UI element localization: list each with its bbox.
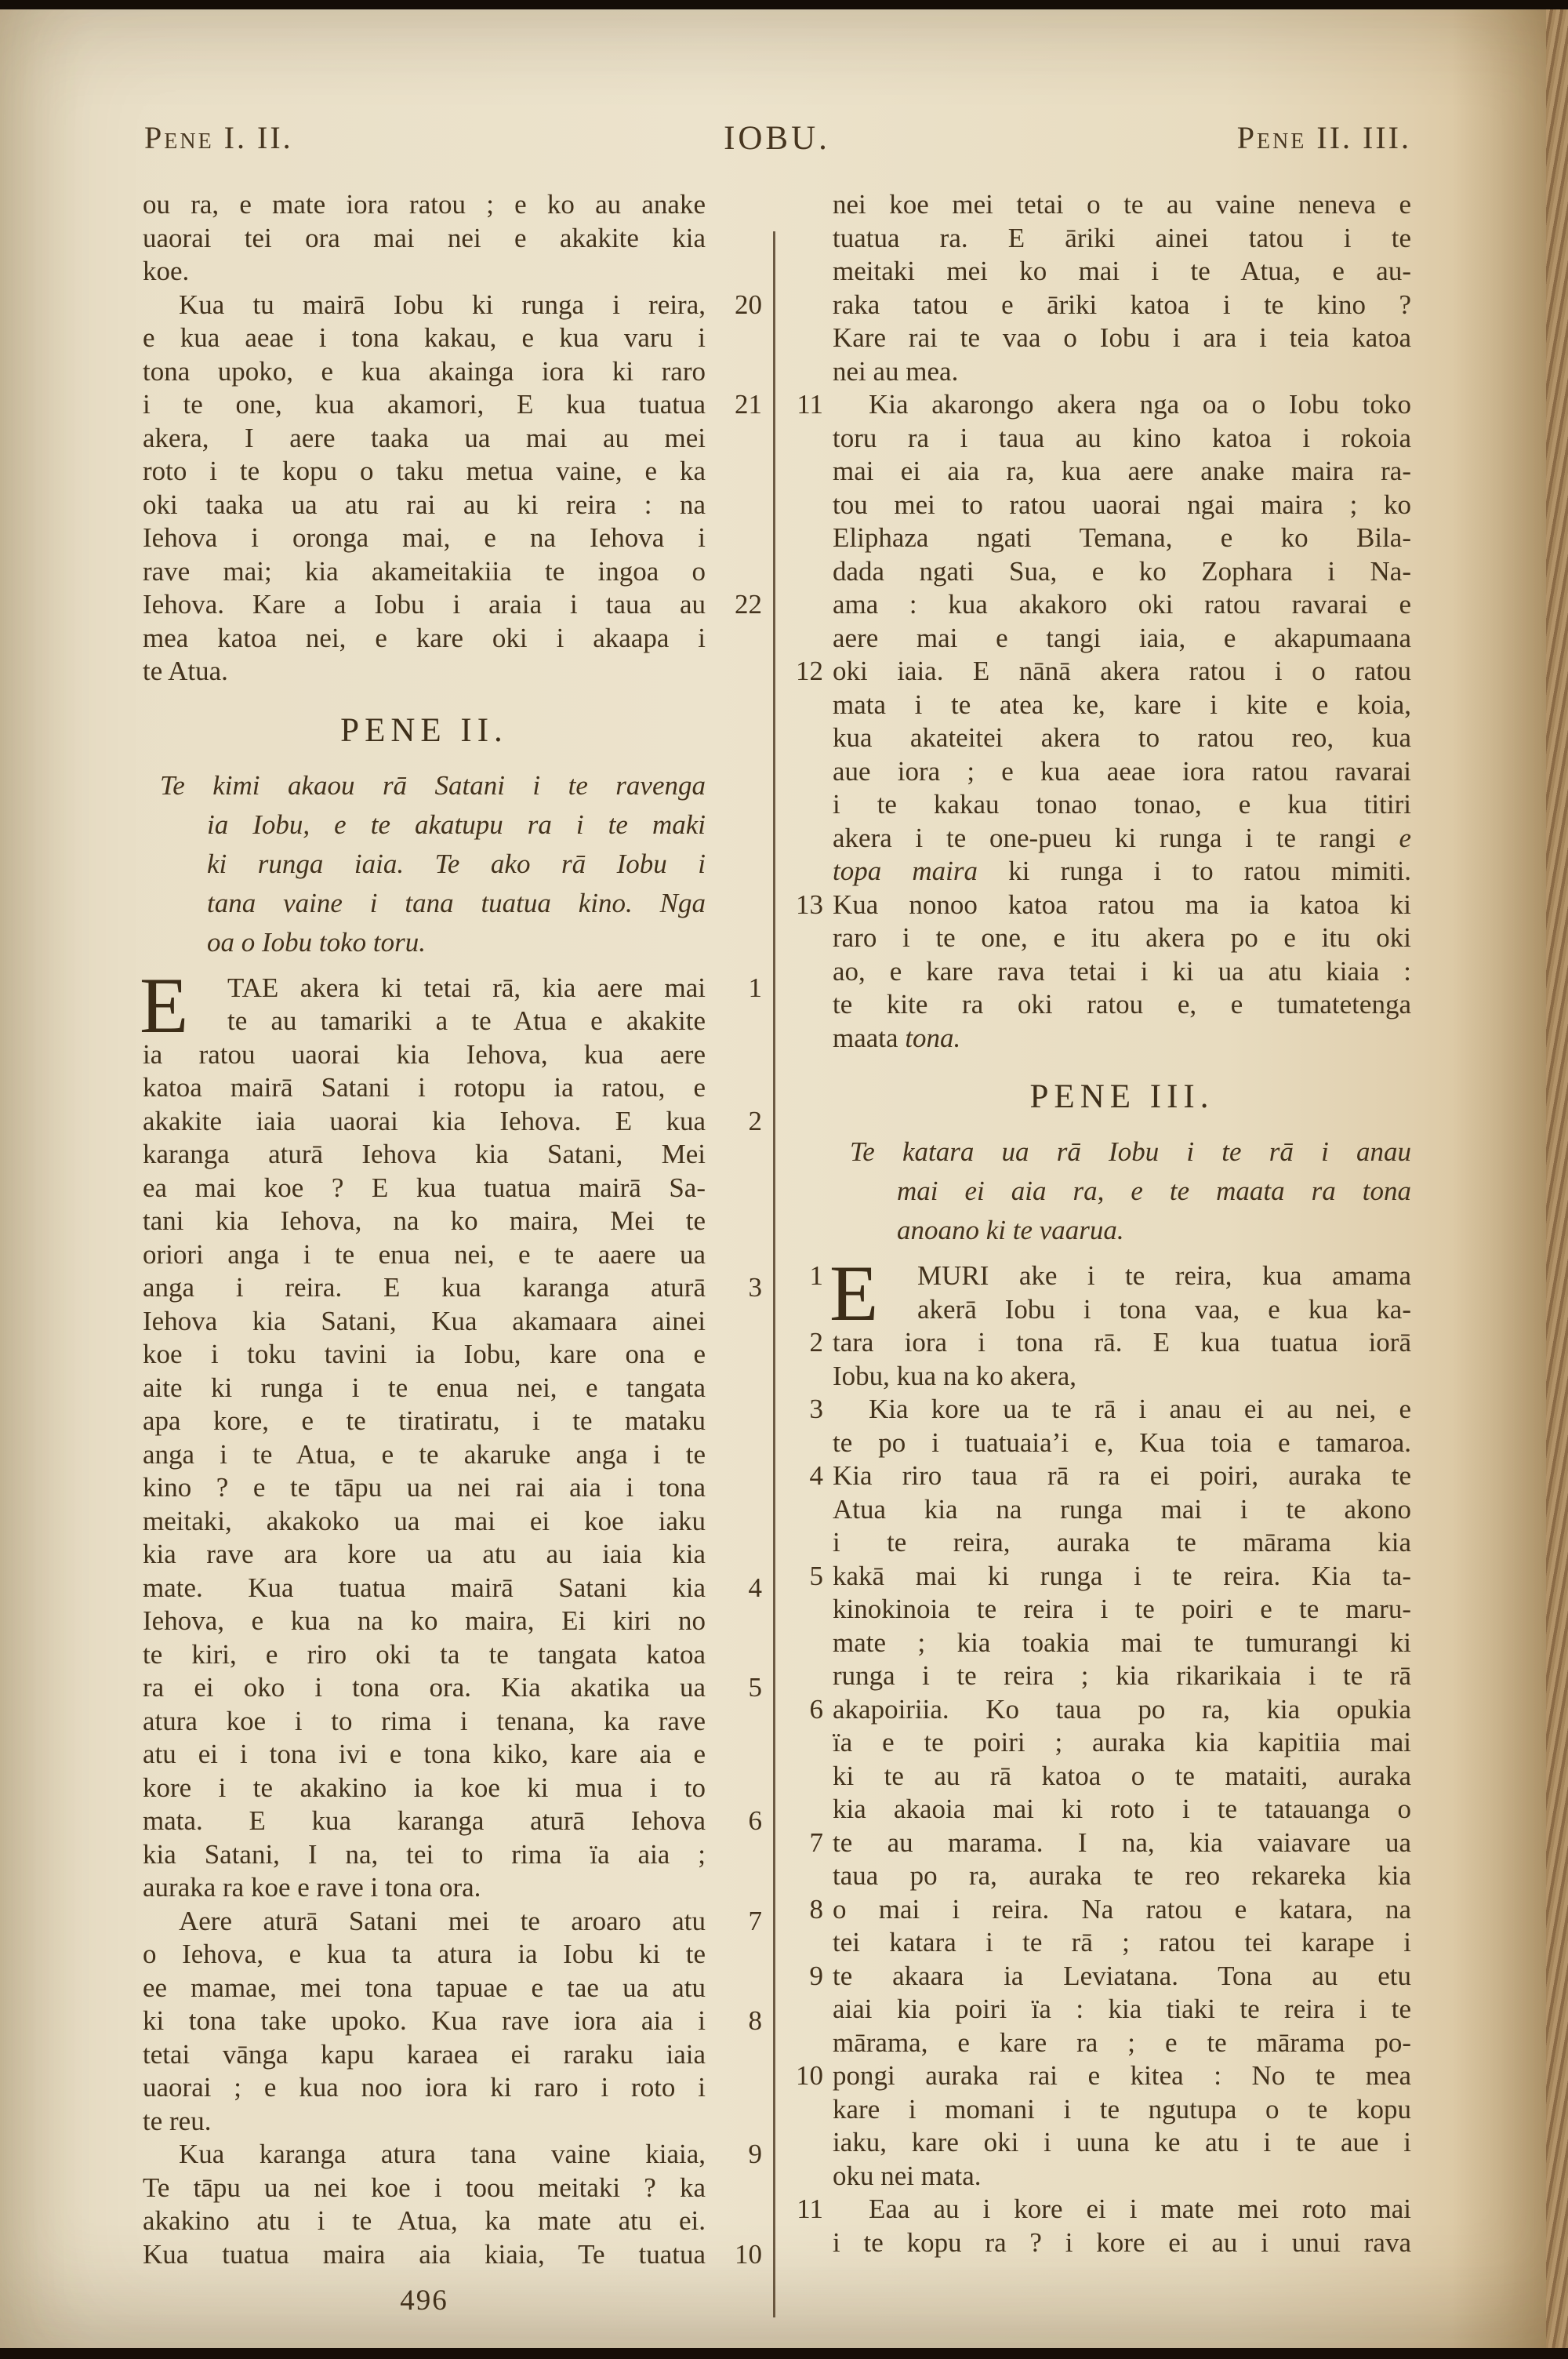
verse-text: koe. bbox=[143, 255, 706, 289]
verse-line: mai ei aia ra, kua aere anake maira ra- bbox=[833, 455, 1411, 489]
text-segment: ki runga i to ratou mimiti. bbox=[978, 856, 1411, 886]
verse-line: te po i tuatuaia’i e, Kua toia e tamaroa… bbox=[833, 1427, 1411, 1460]
verse-number: 20 bbox=[717, 289, 762, 322]
verse-line: roto i te kopu o taku metua vaine, e ka bbox=[143, 455, 706, 489]
verse-line: tou mei to ratou uaorai ngai maira ; ko bbox=[833, 489, 1411, 522]
verse-number: 11 bbox=[784, 388, 823, 422]
verse-text: akera, I aere taaka ua mai au mei bbox=[143, 422, 706, 456]
page-curve-shadow bbox=[1452, 9, 1546, 2348]
verse-line: oriori anga i te enua nei, e te aaere ua bbox=[143, 1238, 706, 1272]
verse-line: Iehova kia Satani, Kua akamaara ainei bbox=[143, 1305, 706, 1339]
verse-line: 9Kua karanga atura tana vaine kiaia, bbox=[143, 2138, 706, 2172]
verse-line: meitaki mei ko mai i te Atua, e au- bbox=[833, 255, 1411, 289]
verse-text: ou ra, e mate iora ratou ; e ko au anake bbox=[143, 188, 706, 222]
verse-text: atura koe i to rima i tenana, ka rave bbox=[143, 1705, 706, 1739]
paragraph: E1MURI ake i te reira, kua amamaakerā Io… bbox=[833, 1259, 1411, 1393]
verse-line: akerā Iobu i tona vaa, e kua ka- bbox=[833, 1293, 1411, 1327]
verse-text: mata. E kua karanga aturā Iehova bbox=[143, 1805, 706, 1838]
verse-text: ki tona take upoko. Kua rave iora aia i bbox=[143, 2005, 706, 2038]
verse-line: kia akaoia mai ki roto i te tatauanga o bbox=[833, 1793, 1411, 1826]
summary-text: anoano ki te vaarua. bbox=[897, 1211, 1411, 1250]
verse-text: ama : kua akakoro oki ratou ravarai e bbox=[833, 588, 1411, 622]
verse-text: uaorai ; e kua noo iora ki raro i roto i bbox=[143, 2071, 706, 2105]
verse-text: dada ngati Sua, e ko Zophara i Na- bbox=[833, 555, 1411, 589]
verse-text: Kua nonoo katoa ratou ma ia katoa ki bbox=[833, 889, 1411, 922]
verse-number: 9 bbox=[784, 1960, 823, 1994]
verse-line: aite ki runga i te enua nei, e tangata bbox=[143, 1372, 706, 1405]
verse-line: kia Satani, I na, tei to rima ïa aia ; bbox=[143, 1838, 706, 1872]
verse-text: te kite ra oki ratou e, e tumatetenga bbox=[833, 988, 1411, 1022]
verse-text: mea katoa nei, e kare oki i akaapa i bbox=[143, 622, 706, 656]
verse-text: Eaa au i kore ei i mate mei roto mai bbox=[833, 2193, 1411, 2226]
verse-line: mārama, e kare ra ; e te mārama po- bbox=[833, 2026, 1411, 2060]
verse-text: tani kia Iehova, na ko maira, Mei te bbox=[143, 1205, 706, 1238]
verse-line: oku nei mata. bbox=[833, 2160, 1411, 2194]
verse-text: ia ratou uaorai kia Iehova, kua aere bbox=[143, 1038, 706, 1072]
verse-line: 8ki tona take upoko. Kua rave iora aia i bbox=[143, 2005, 706, 2038]
verse-line: tani kia Iehova, na ko maira, Mei te bbox=[143, 1205, 706, 1238]
verse-line: 8o mai i reira. Na ratou e katara, na bbox=[833, 1893, 1411, 1927]
verse-text: roto i te kopu o taku metua vaine, e ka bbox=[143, 455, 706, 489]
verse-text: oki taaka ua atu rai au ki reira : na bbox=[143, 489, 706, 522]
verse-text: i te kakau tonao tonao, e kua titiri bbox=[833, 788, 1411, 822]
verse-text: auraka ra koe e rave i tona ora. bbox=[143, 1871, 706, 1905]
verse-text: kore i te akakino ia koe ki mua i to bbox=[143, 1772, 706, 1805]
verse-text: Kua tuatua maira aia kiaia, Te tuatua bbox=[143, 2238, 706, 2272]
verse-line: 22Iehova. Kare a Iobu i araia i taua au bbox=[143, 588, 706, 622]
summary-text: ki runga iaia. Te ako rā Iobu i bbox=[207, 845, 706, 884]
verse-text: akapoiriia. Ko taua po ra, kia opukia bbox=[833, 1693, 1411, 1727]
verse-line: 1MURI ake i te reira, kua amama bbox=[833, 1259, 1411, 1293]
verse-line: te reu. bbox=[143, 2105, 706, 2139]
verse-line: koe i toku tavini ia Iobu, kare ona e bbox=[143, 1338, 706, 1372]
verse-line: 3Kia kore ua te rā i anau ei au nei, e bbox=[833, 1393, 1411, 1427]
verse-text: apa kore, e te tiratiratu, i te mataku bbox=[143, 1405, 706, 1438]
verse-text: pongi auraka rai e kitea : No te mea bbox=[833, 2059, 1411, 2093]
verse-text: runga i te reira ; kia rikarikaia i te r… bbox=[833, 1659, 1411, 1693]
verse-line: raro i te one, e itu akera po e itu oki bbox=[833, 921, 1411, 955]
verse-line: runga i te reira ; kia rikarikaia i te r… bbox=[833, 1659, 1411, 1693]
italic-text-segment: e bbox=[1399, 823, 1411, 853]
verse-text: tou mei to ratou uaorai ngai maira ; ko bbox=[833, 489, 1411, 522]
verse-line: Te tāpu ua nei koe i toou meitaki ? ka bbox=[143, 2172, 706, 2205]
paragraph: nei koe mei tetai o te au vaine neneva e… bbox=[833, 188, 1411, 388]
verse-text: raka tatou e āriki katoa i te kino ? bbox=[833, 289, 1411, 322]
verse-text: ea mai koe ? E kua tuatua mairā Sa- bbox=[143, 1172, 706, 1205]
verse-line: 11Eaa au i kore ei i mate mei roto mai bbox=[833, 2193, 1411, 2226]
verse-line: toru ra i taua au kino katoa i rokoia bbox=[833, 422, 1411, 456]
running-head-right: Pene II. III. bbox=[143, 119, 1411, 156]
verse-text: TAE akera ki tetai rā, kia aere mai bbox=[143, 972, 706, 1005]
verse-number: 8 bbox=[717, 2005, 762, 2038]
verse-number: 1 bbox=[717, 972, 762, 1005]
verse-line: aue iora ; e kua aeae iora ratou ravarai bbox=[833, 755, 1411, 789]
text-segment: maata bbox=[833, 1023, 905, 1053]
verse-line: katoa mairā Satani i rotopu ia ratou, e bbox=[143, 1071, 706, 1105]
verse-line: tei katara i te rā ; ratou tei karape i bbox=[833, 1926, 1411, 1960]
verse-line: tetai vānga kapu karaea ei raraku iaia bbox=[143, 2038, 706, 2072]
verse-text: Iehova. Kare a Iobu i araia i taua au bbox=[143, 588, 706, 622]
verse-line: 1TAE akera ki tetai rā, kia aere mai bbox=[143, 972, 706, 1005]
verse-line: 6mata. E kua karanga aturā Iehova bbox=[143, 1805, 706, 1838]
verse-line: kua akateitei akera to ratou reo, kua bbox=[833, 722, 1411, 755]
verse-line: ïa e te poiri ; auraka kia kapitiia mai bbox=[833, 1726, 1411, 1760]
verse-text: aue iora ; e kua aeae iora ratou ravarai bbox=[833, 755, 1411, 789]
verse-line: meitaki, akakoko ua mai ei koe iaku bbox=[143, 1505, 706, 1539]
verse-line: mata i te atea ke, kare i kite e koia, bbox=[833, 689, 1411, 722]
verse-text: anga i reira. E kua karanga aturā bbox=[143, 1271, 706, 1305]
summary-line: Te kimi akaou rā Satani i te ravenga bbox=[143, 766, 706, 805]
verse-text: kua akateitei akera to ratou reo, kua bbox=[833, 722, 1411, 755]
chapter-heading: PENE III. bbox=[833, 1080, 1411, 1114]
verse-text: tuatua ra. E āriki ainei tatou i te bbox=[833, 222, 1411, 256]
verse-line: Kare rai te vaa o Iobu i ara i teia kato… bbox=[833, 322, 1411, 355]
verse-line: dada ngati Sua, e ko Zophara i Na- bbox=[833, 555, 1411, 589]
verse-text: kino ? e te tāpu ua nei rai aia i tona bbox=[143, 1471, 706, 1505]
verse-line: i te kakau tonao tonao, e kua titiri bbox=[833, 788, 1411, 822]
verse-line: rave mai; kia akameitakiia te ingoa o bbox=[143, 555, 706, 589]
verse-text: ïa e te poiri ; auraka kia kapitiia mai bbox=[833, 1726, 1411, 1760]
verse-text: Te tāpu ua nei koe i toou meitaki ? ka bbox=[143, 2172, 706, 2205]
verse-text: nei koe mei tetai o te au vaine neneva e bbox=[833, 188, 1411, 222]
text-column-right: nei koe mei tetai o te au vaine neneva e… bbox=[833, 188, 1411, 2259]
verse-line: ia ratou uaorai kia Iehova, kua aere bbox=[143, 1038, 706, 1072]
verse-line: te kite ra oki ratou e, e tumatetenga bbox=[833, 988, 1411, 1022]
verse-text: te reu. bbox=[143, 2105, 706, 2139]
verse-text: oki iaia. E nānā akera ratou i o ratou bbox=[833, 655, 1411, 689]
paragraph: 11Eaa au i kore ei i mate mei roto maii … bbox=[833, 2193, 1411, 2259]
verse-text: kia Satani, I na, tei to rima ïa aia ; bbox=[143, 1838, 706, 1872]
verse-line: 6akapoiriia. Ko taua po ra, kia opukia bbox=[833, 1693, 1411, 1727]
verse-line: tuatua ra. E āriki ainei tatou i te bbox=[833, 222, 1411, 256]
chapter-summary: Te kimi akaou rā Satani i te ravengaia I… bbox=[143, 766, 706, 962]
verse-text: mate ; kia toakia mai te tumurangi ki bbox=[833, 1627, 1411, 1660]
verse-line: 9te akaara ia Leviatana. Tona au etu bbox=[833, 1960, 1411, 1994]
verse-number: 7 bbox=[784, 1826, 823, 1860]
verse-line: 2akakite iaia uaorai kia Iehova. E kua bbox=[143, 1105, 706, 1139]
paragraph: 20Kua tu mairā Iobu ki runga i reira,e k… bbox=[143, 289, 706, 689]
verse-line: 10Kua tuatua maira aia kiaia, Te tuatua bbox=[143, 2238, 706, 2272]
verse-line: kinokinoia te reira i te poiri e te maru… bbox=[833, 1593, 1411, 1627]
verse-text: anga i te Atua, e te akaruke anga i te bbox=[143, 1438, 706, 1472]
summary-line: Te katara ua rā Iobu i te rā i anau bbox=[833, 1132, 1411, 1172]
verse-text: i te one, kua akamori, E kua tuatua bbox=[143, 388, 706, 422]
verse-text: aiai kia poiri ïa : kia tiaki te reira i… bbox=[833, 1993, 1411, 2026]
verse-text: i te reira, auraka te mārama kia bbox=[833, 1526, 1411, 1560]
summary-line: anoano ki te vaarua. bbox=[833, 1211, 1411, 1250]
verse-line: 11Kia akarongo akera nga oa o Iobu toko bbox=[833, 388, 1411, 422]
summary-line: ki runga iaia. Te ako rā Iobu i bbox=[143, 845, 706, 884]
verse-line: kino ? e te tāpu ua nei rai aia i tona bbox=[143, 1471, 706, 1505]
paragraph: 7Aere aturā Satani mei te aroaro atuo Ie… bbox=[143, 1905, 706, 2139]
verse-line: 10pongi auraka rai e kitea : No te mea bbox=[833, 2059, 1411, 2093]
verse-text: Iobu, kua na ko akera, bbox=[833, 1360, 1411, 1394]
summary-line: tana vaine i tana tuatua kino. Nga bbox=[143, 884, 706, 923]
verse-text: MURI ake i te reira, kua amama bbox=[833, 1259, 1411, 1293]
verse-text: mārama, e kare ra ; e te mārama po- bbox=[833, 2026, 1411, 2060]
verse-text: o Iehova, e kua ta atura ia Iobu ki te bbox=[143, 1938, 706, 1972]
verse-text: aere mai e tangi iaia, e akapumaana bbox=[833, 622, 1411, 656]
text-column-left: ou ra, e mate iora ratou ; e ko au anake… bbox=[143, 188, 706, 2317]
verse-number: 8 bbox=[784, 1893, 823, 1927]
verse-text: Kia riro taua rā ra ei poiri, auraka te bbox=[833, 1459, 1411, 1493]
verse-line: apa kore, e te tiratiratu, i te mataku bbox=[143, 1405, 706, 1438]
verse-line: e kua aeae i tona kakau, e kua varu i bbox=[143, 322, 706, 355]
verse-line: i te reira, auraka te mārama kia bbox=[833, 1526, 1411, 1560]
page-number: 496 bbox=[143, 2284, 706, 2317]
verse-text: topa maira ki runga i to ratou mimiti. bbox=[833, 855, 1411, 889]
verse-text: e kua aeae i tona kakau, e kua varu i bbox=[143, 322, 706, 355]
summary-text: Te kimi akaou rā Satani i te ravenga bbox=[160, 766, 706, 805]
verse-text: maata tona. bbox=[833, 1022, 1411, 1056]
verse-line: nei koe mei tetai o te au vaine neneva e bbox=[833, 188, 1411, 222]
verse-text: Iehova i oronga mai, e na Iehova i bbox=[143, 522, 706, 555]
verse-text: te akaara ia Leviatana. Tona au etu bbox=[833, 1960, 1411, 1994]
verse-line: mate ; kia toakia mai te tumurangi ki bbox=[833, 1627, 1411, 1660]
verse-line: o Iehova, e kua ta atura ia Iobu ki te bbox=[143, 1938, 706, 1972]
verse-text: ki te au rā katoa o te mataiti, auraka bbox=[833, 1760, 1411, 1794]
verse-text: akakite iaia uaorai kia Iehova. E kua bbox=[143, 1105, 706, 1139]
verse-number: 5 bbox=[717, 1671, 762, 1705]
verse-text: te au marama. I na, kia vaiavare ua bbox=[833, 1826, 1411, 1860]
verse-text: Aere aturā Satani mei te aroaro atu bbox=[143, 1905, 706, 1939]
verse-text: raro i te one, e itu akera po e itu oki bbox=[833, 921, 1411, 955]
italic-text-segment: topa maira bbox=[833, 856, 978, 886]
verse-text: ra ei oko i tona ora. Kia akatika ua bbox=[143, 1671, 706, 1705]
verse-line: koe. bbox=[143, 255, 706, 289]
verse-line: te kiri, e riro oki ta te tangata katoa bbox=[143, 1638, 706, 1672]
paragraph: 4Kia riro taua rā ra ei poiri, auraka te… bbox=[833, 1459, 1411, 2193]
verse-line: te au tamariki a te Atua e akakite bbox=[143, 1005, 706, 1038]
verse-line: 7te au marama. I na, kia vaiavare ua bbox=[833, 1826, 1411, 1860]
verse-line: maata tona. bbox=[833, 1022, 1411, 1056]
summary-line: ia Iobu, e te akatupu ra i te maki bbox=[143, 805, 706, 845]
verse-line: ama : kua akakoro oki ratou ravarai e bbox=[833, 588, 1411, 622]
verse-number: 10 bbox=[784, 2059, 823, 2093]
verse-line: karanga aturā Iehova kia Satani, Mei bbox=[143, 1138, 706, 1172]
verse-text: ao, e kare rava tetai i ki ua atu kiaia … bbox=[833, 955, 1411, 989]
paragraph: 3Kia kore ua te rā i anau ei au nei, ete… bbox=[833, 1393, 1411, 1459]
verse-line: 13Kua nonoo katoa ratou ma ia katoa ki bbox=[833, 889, 1411, 922]
verse-line: 4mate. Kua tuatua mairā Satani kia bbox=[143, 1572, 706, 1605]
verse-line: oki taaka ua atu rai au ki reira : na bbox=[143, 489, 706, 522]
text-segment: akera i te one-pueu ki runga i te rangi bbox=[833, 823, 1399, 853]
verse-line: kia rave ara kore ua atu au iaia kia bbox=[143, 1538, 706, 1572]
verse-line: 7Aere aturā Satani mei te aroaro atu bbox=[143, 1905, 706, 1939]
verse-text: Kua tu mairā Iobu ki runga i reira, bbox=[143, 289, 706, 322]
verse-text: atu ei i tona ivi e tona kiko, kare aia … bbox=[143, 1738, 706, 1772]
verse-line: te Atua. bbox=[143, 655, 706, 689]
verse-number: 2 bbox=[717, 1105, 762, 1139]
verse-line: raka tatou e āriki katoa i te kino ? bbox=[833, 289, 1411, 322]
verse-text: nei au mea. bbox=[833, 355, 1411, 389]
verse-line: uaorai ; e kua noo iora ki raro i roto i bbox=[143, 2071, 706, 2105]
verse-number: 12 bbox=[784, 655, 823, 689]
verse-text: Eliphaza ngati Temana, e ko Bila- bbox=[833, 522, 1411, 555]
verse-line: kare i momani i te ngutupa o te kopu bbox=[833, 2093, 1411, 2127]
verse-line: 5ra ei oko i tona ora. Kia akatika ua bbox=[143, 1671, 706, 1705]
verse-line: aere mai e tangi iaia, e akapumaana bbox=[833, 622, 1411, 656]
verse-text: toru ra i taua au kino katoa i rokoia bbox=[833, 422, 1411, 456]
verse-text: te Atua. bbox=[143, 655, 706, 689]
verse-line: 20Kua tu mairā Iobu ki runga i reira, bbox=[143, 289, 706, 322]
verse-number: 6 bbox=[717, 1805, 762, 1838]
verse-text: ee mamae, mei tona tapuae e tae ua atu bbox=[143, 1972, 706, 2005]
verse-number: 5 bbox=[784, 1560, 823, 1594]
summary-text: ia Iobu, e te akatupu ra i te maki bbox=[207, 805, 706, 845]
verse-line: aiai kia poiri ïa : kia tiaki te reira i… bbox=[833, 1993, 1411, 2026]
verse-line: Iehova, e kua na ko maira, Ei kiri no bbox=[143, 1605, 706, 1638]
photo-top-edge bbox=[0, 0, 1568, 9]
verse-line: Iobu, kua na ko akera, bbox=[833, 1360, 1411, 1394]
verse-text: tetai vānga kapu karaea ei raraku iaia bbox=[143, 2038, 706, 2072]
verse-line: akera i te one-pueu ki runga i te rangi … bbox=[833, 822, 1411, 856]
verse-line: taua po ra, auraka te reo rekareka kia bbox=[833, 1859, 1411, 1893]
verse-text: mai ei aia ra, kua aere anake maira ra- bbox=[833, 455, 1411, 489]
verse-line: ee mamae, mei tona tapuae e tae ua atu bbox=[143, 1972, 706, 2005]
verse-text: taua po ra, auraka te reo rekareka kia bbox=[833, 1859, 1411, 1893]
verse-text: kia akaoia mai ki roto i te tatauanga o bbox=[833, 1793, 1411, 1826]
verse-line: mea katoa nei, e kare oki i akaapa i bbox=[143, 622, 706, 656]
verse-line: Iehova i oronga mai, e na Iehova i bbox=[143, 522, 706, 555]
verse-text: tei katara i te rā ; ratou tei karape i bbox=[833, 1926, 1411, 1960]
verse-text: uaorai tei ora mai nei e akakite kia bbox=[143, 222, 706, 256]
paragraph: ou ra, e mate iora ratou ; e ko au anake… bbox=[143, 188, 706, 289]
verse-text: Atua kia na runga mai i te akono bbox=[833, 1493, 1411, 1527]
verse-text: karanga aturā Iehova kia Satani, Mei bbox=[143, 1138, 706, 1172]
paragraph: E1TAE akera ki tetai rā, kia aere maite … bbox=[143, 972, 706, 1905]
verse-text: akerā Iobu i tona vaa, e kua ka- bbox=[833, 1293, 1411, 1327]
verse-text: Kia kore ua te rā i anau ei au nei, e bbox=[833, 1393, 1411, 1427]
summary-text: tana vaine i tana tuatua kino. Nga bbox=[207, 884, 706, 923]
verse-line: atu ei i tona ivi e tona kiko, kare aia … bbox=[143, 1738, 706, 1772]
column-divider-rule bbox=[773, 231, 775, 2317]
verse-text: meitaki, akakoko ua mai ei koe iaku bbox=[143, 1505, 706, 1539]
verse-line: 12oki iaia. E nānā akera ratou i o ratou bbox=[833, 655, 1411, 689]
verse-line: ou ra, e mate iora ratou ; e ko au anake bbox=[143, 188, 706, 222]
verse-line: ki te au rā katoa o te mataiti, auraka bbox=[833, 1760, 1411, 1794]
verse-text: Iehova kia Satani, Kua akamaara ainei bbox=[143, 1305, 706, 1339]
verse-text: kare i momani i te ngutupa o te kopu bbox=[833, 2093, 1411, 2127]
chapter-heading: PENE II. bbox=[143, 714, 706, 747]
photo-bottom-edge bbox=[0, 2348, 1568, 2359]
verse-line: auraka ra koe e rave i tona ora. bbox=[143, 1871, 706, 1905]
verse-text: iaku, kare oki i uuna ke atu i te aue i bbox=[833, 2126, 1411, 2160]
verse-line: iaku, kare oki i uuna ke atu i te aue i bbox=[833, 2126, 1411, 2160]
verse-text: kia rave ara kore ua atu au iaia kia bbox=[143, 1538, 706, 1572]
paragraph: 9Kua karanga atura tana vaine kiaia,Te t… bbox=[143, 2138, 706, 2271]
verse-line: 3anga i reira. E kua karanga aturā bbox=[143, 1271, 706, 1305]
summary-text: Te katara ua rā Iobu i te rā i anau bbox=[850, 1132, 1411, 1172]
verse-number: 11 bbox=[784, 2193, 823, 2226]
verse-line: nei au mea. bbox=[833, 355, 1411, 389]
verse-line: ao, e kare rava tetai i ki ua atu kiaia … bbox=[833, 955, 1411, 989]
verse-text: te kiri, e riro oki ta te tangata katoa bbox=[143, 1638, 706, 1672]
verse-text: i te kopu ra ? i kore ei au i unui rava bbox=[833, 2226, 1411, 2260]
verse-text: rave mai; kia akameitakiia te ingoa o bbox=[143, 555, 706, 589]
verse-number: 21 bbox=[717, 388, 762, 422]
verse-number: 4 bbox=[717, 1572, 762, 1605]
verse-line: kore i te akakino ia koe ki mua i to bbox=[143, 1772, 706, 1805]
verse-number: 3 bbox=[784, 1393, 823, 1427]
verse-text: kakā mai ki runga i te reira. Kia ta- bbox=[833, 1560, 1411, 1594]
verse-text: akera i te one-pueu ki runga i te rangi … bbox=[833, 822, 1411, 856]
verse-number: 9 bbox=[717, 2138, 762, 2172]
verse-line: anga i te Atua, e te akaruke anga i te bbox=[143, 1438, 706, 1472]
verse-number: 3 bbox=[717, 1271, 762, 1305]
verse-text: katoa mairā Satani i rotopu ia ratou, e bbox=[143, 1071, 706, 1105]
verse-text: Kua karanga atura tana vaine kiaia, bbox=[143, 2138, 706, 2172]
verse-line: akera, I aere taaka ua mai au mei bbox=[143, 422, 706, 456]
verse-text: Iehova, e kua na ko maira, Ei kiri no bbox=[143, 1605, 706, 1638]
verse-number: 2 bbox=[784, 1326, 823, 1360]
italic-text-segment: tona. bbox=[905, 1023, 960, 1053]
summary-line: mai ei aia ra, e te maata ra tona bbox=[833, 1172, 1411, 1211]
summary-text: oa o Iobu toko toru. bbox=[207, 923, 706, 962]
verse-text: o mai i reira. Na ratou e katara, na bbox=[833, 1893, 1411, 1927]
verse-text: te po i tuatuaia’i e, Kua toia e tamaroa… bbox=[833, 1427, 1411, 1460]
verse-line: i te kopu ra ? i kore ei au i unui rava bbox=[833, 2226, 1411, 2260]
verse-number: 7 bbox=[717, 1905, 762, 1939]
verse-line: 4Kia riro taua rā ra ei poiri, auraka te bbox=[833, 1459, 1411, 1493]
verse-line: 5kakā mai ki runga i te reira. Kia ta- bbox=[833, 1560, 1411, 1594]
verse-text: mata i te atea ke, kare i kite e koia, bbox=[833, 689, 1411, 722]
verse-line: Eliphaza ngati Temana, e ko Bila- bbox=[833, 522, 1411, 555]
verse-line: 21i te one, kua akamori, E kua tuatua bbox=[143, 388, 706, 422]
verse-line: topa maira ki runga i to ratou mimiti. bbox=[833, 855, 1411, 889]
verse-number: 1 bbox=[784, 1259, 823, 1293]
verse-number: 22 bbox=[717, 588, 762, 622]
verse-number: 6 bbox=[784, 1693, 823, 1727]
summary-text: mai ei aia ra, e te maata ra tona bbox=[897, 1172, 1411, 1211]
verse-line: Atua kia na runga mai i te akono bbox=[833, 1493, 1411, 1527]
verse-text: Kare rai te vaa o Iobu i ara i teia kato… bbox=[833, 322, 1411, 355]
verse-text: oku nei mata. bbox=[833, 2160, 1411, 2194]
verse-text: kinokinoia te reira i te poiri e te maru… bbox=[833, 1593, 1411, 1627]
verse-text: meitaki mei ko mai i te Atua, e au- bbox=[833, 255, 1411, 289]
verse-line: tona upoko, e kua akainga iora ki raro bbox=[143, 355, 706, 389]
verse-line: 2tara iora i tona rā. E kua tuatua iorā bbox=[833, 1326, 1411, 1360]
verse-line: atura koe i to rima i tenana, ka rave bbox=[143, 1705, 706, 1739]
verse-number: 4 bbox=[784, 1459, 823, 1493]
verse-text: tona upoko, e kua akainga iora ki raro bbox=[143, 355, 706, 389]
verse-number: 10 bbox=[717, 2238, 762, 2272]
verse-text: Kia akarongo akera nga oa o Iobu toko bbox=[833, 388, 1411, 422]
verse-line: akakino atu i te Atua, ka mate atu ei. bbox=[143, 2205, 706, 2238]
verse-line: ea mai koe ? E kua tuatua mairā Sa- bbox=[143, 1172, 706, 1205]
verse-text: oriori anga i te enua nei, e te aaere ua bbox=[143, 1238, 706, 1272]
verse-line: uaorai tei ora mai nei e akakite kia bbox=[143, 222, 706, 256]
verse-text: tara iora i tona rā. E kua tuatua iorā bbox=[833, 1326, 1411, 1360]
book-fore-edge bbox=[1546, 9, 1568, 2348]
paragraph: 11Kia akarongo akera nga oa o Iobu tokot… bbox=[833, 388, 1411, 1055]
summary-line: oa o Iobu toko toru. bbox=[143, 923, 706, 962]
verse-number: 13 bbox=[784, 889, 823, 922]
verse-text: akakino atu i te Atua, ka mate atu ei. bbox=[143, 2205, 706, 2238]
chapter-summary: Te katara ua rā Iobu i te rā i anaumai e… bbox=[833, 1132, 1411, 1250]
verse-text: koe i toku tavini ia Iobu, kare ona e bbox=[143, 1338, 706, 1372]
verse-text: te au tamariki a te Atua e akakite bbox=[143, 1005, 706, 1038]
verse-text: mate. Kua tuatua mairā Satani kia bbox=[143, 1572, 706, 1605]
verse-text: aite ki runga i te enua nei, e tangata bbox=[143, 1372, 706, 1405]
